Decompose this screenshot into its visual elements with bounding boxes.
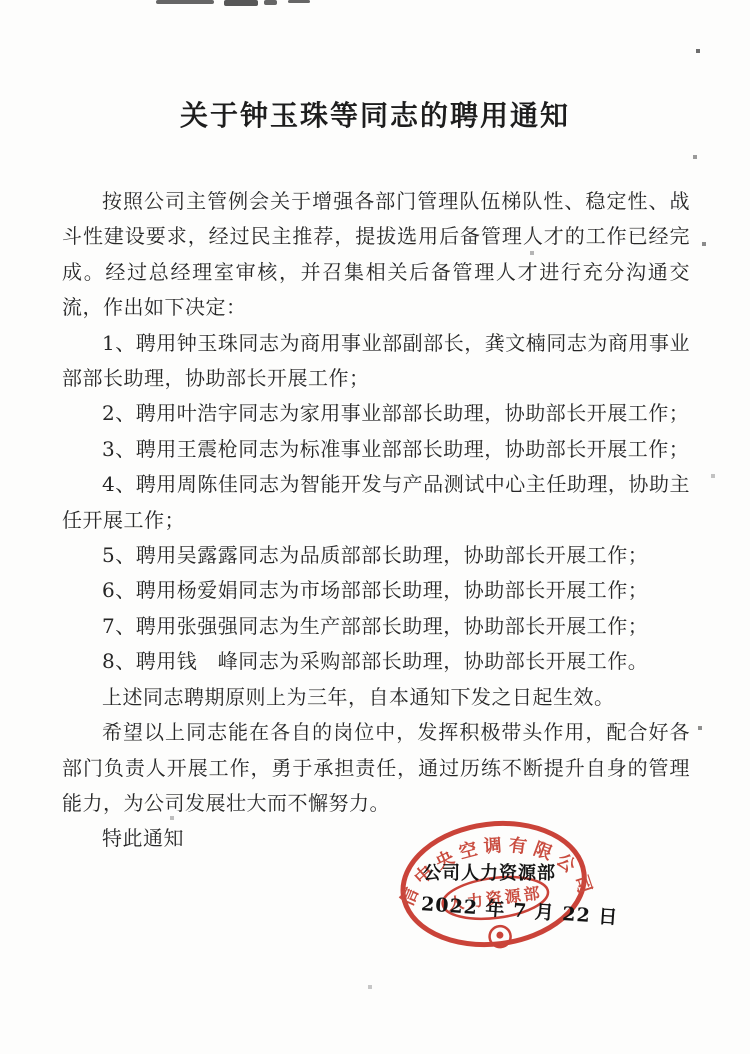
term-paragraph: 上述同志聘期原则上为三年，自本通知下发之日起生效。	[62, 680, 690, 715]
notice-title: 关于钟玉珠等同志的聘用通知	[0, 94, 750, 134]
ink-fragment	[264, 0, 277, 5]
decision-item-2: 2、聘用叶浩宇同志为家用事业部部长助理，协助部长开展工作；	[62, 396, 690, 431]
decision-item-8: 8、聘用钱 峰同志为采购部部长助理，协助部长开展工作。	[62, 644, 690, 679]
intro-paragraph: 按照公司主管例会关于增强各部门管理队伍梯队性、稳定性、战斗性建设要求，经过民主推…	[62, 184, 690, 326]
company-seal-stamp: 信中央空调有限公司 人力资源部	[380, 800, 609, 975]
ink-fragment	[156, 0, 214, 4]
decision-item-3: 3、聘用王震枪同志为标准事业部部长助理，协助部长开展工作；	[62, 432, 690, 467]
decision-item-4: 4、聘用周陈佳同志为智能开发与产品测试中心主任助理，协助主任开展工作；	[62, 467, 690, 538]
scan-noise-dots	[0, 0, 2, 2]
decision-item-6: 6、聘用杨爱娟同志为市场部部长助理，协助部长开展工作；	[62, 573, 690, 608]
scanned-notice-page: 关于钟玉珠等同志的聘用通知 按照公司主管例会关于增强各部门管理队伍梯队性、稳定性…	[0, 0, 750, 1054]
signature-department: 公司人力资源部	[423, 859, 556, 885]
decision-item-1: 1、聘用钟玉珠同志为商用事业部副部长，龚文楠同志为商用事业部部长助理，协助部长开…	[62, 326, 690, 397]
expectation-paragraph: 希望以上同志能在各自的岗位中，发挥积极带头作用，配合好各部门负责人开展工作，勇于…	[62, 715, 690, 821]
ink-fragment	[288, 0, 310, 3]
decision-item-7: 7、聘用张强强同志为生产部部长助理，协助部长开展工作；	[62, 609, 690, 644]
ink-fragment	[224, 0, 258, 6]
notice-body: 按照公司主管例会关于增强各部门管理队伍梯队性、稳定性、战斗性建设要求，经过民主推…	[62, 184, 690, 857]
stamp-emblem-dot	[496, 931, 504, 939]
decision-item-5: 5、聘用吴露露同志为品质部部长助理，协助部长开展工作；	[62, 538, 690, 573]
